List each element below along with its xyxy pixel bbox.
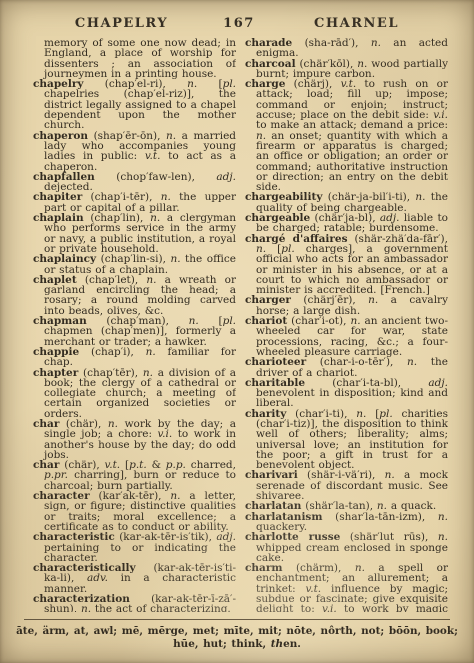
pronunciation-key-line-1: āte, ärm, at, awl; mē, mērge, met; mīte,… — [0, 625, 474, 638]
dictionary-entry: char (chär), n. work by the day; a singl… — [33, 419, 236, 460]
dictionary-entry: chapter (chap′tēr), n. a division of a b… — [33, 368, 236, 419]
dictionary-entry: charlotte russe (shär′lut rūs), n. whipp… — [245, 532, 448, 563]
definition-text: charring], burn or reduce to charcoal; b… — [44, 469, 236, 491]
grammar-label: adj. — [216, 171, 236, 183]
dictionary-entry: charger (chärj′ēr), n. a cavalry horse; … — [245, 295, 448, 316]
grammar-label: n. — [81, 603, 91, 612]
grammar-label: n. — [368, 294, 378, 306]
grammar-label: n. — [170, 253, 180, 265]
grammar-label: n. — [371, 38, 381, 49]
dictionary-entry: chapelry (chap′el-ri), n. [pl. chapelrie… — [33, 79, 236, 130]
text-column-left: memory of some one now dead; in England,… — [33, 38, 236, 612]
definition-text: charities (char′i-tiz)], the disposition… — [256, 408, 448, 471]
footer-rule — [24, 619, 450, 620]
grammar-label: n. — [438, 511, 448, 523]
dictionary-entry: characteristically (kar-ak-tēr-is′ti-ka-… — [33, 563, 236, 594]
dictionary-entry: charm (chärm), n. a spell or enchantment… — [245, 563, 448, 612]
dictionary-entry: charlatanism (shar′la-tān-izm), n. quack… — [245, 512, 448, 533]
key-line2-italic: th — [271, 638, 283, 650]
dictionary-entry: charcoal (chär′kōl), n. wood partially b… — [245, 59, 448, 80]
dictionary-entry: chapiter (chap′i-tēr), n. the upper part… — [33, 192, 236, 213]
grammar-label: v.i. — [322, 603, 337, 612]
definition-text: (shar′la-tān-izm), — [322, 511, 437, 523]
definition-text: chapelries (chap′el-riz)], the district … — [44, 88, 236, 131]
dictionary-entry: chargeability (chär-ja-bil′i-ti), n. the… — [245, 192, 448, 213]
dictionary-entry: charade (sha-rād′), n. an acted enigma. — [245, 38, 448, 59]
dictionary-entry: chargeable (chär′ja-bl), adj. liable to … — [245, 213, 448, 234]
definition-text: whipped cream enclosed in sponge cake. — [256, 542, 448, 564]
definition-text: memory of some one now dead; in England,… — [44, 38, 236, 80]
definition-text: chapmen (chap′men)], formerly a merchant… — [44, 325, 236, 347]
grammar-label: n. — [146, 346, 156, 358]
continuation-paragraph: memory of some one now dead; in England,… — [33, 38, 236, 79]
grammar-label: adv. — [87, 572, 108, 584]
header-right-title: CHARNEL — [269, 16, 444, 31]
text-column-right: charade (sha-rād′), n. an acted enigma.c… — [245, 38, 448, 612]
dictionary-entry: chapfallen (chop′faw-len), adj. dejected… — [33, 172, 236, 193]
dictionary-entry: chariot (char′i-ot), n. an ancient two-w… — [245, 316, 448, 357]
dictionary-entry: charioteer (char-i-o-tēr′), n. the drive… — [245, 357, 448, 378]
dictionary-entry: characterization (kar-ak-tēr-ī-zā′-shun)… — [33, 594, 236, 612]
pronunciation-key-line-2: hūe, hut; think, then. — [0, 638, 474, 651]
dictionary-entry: characteristic (kar-ak-tēr-is′tik), adj.… — [33, 532, 236, 563]
dictionary-entry: chaplet (chap′let), n. a wreath or garla… — [33, 275, 236, 316]
dictionary-entry: charitable (char′i-ta-bl), adj. benevole… — [245, 378, 448, 409]
dictionary-page: CHAPELRY 167 CHARNEL memory of some one … — [0, 0, 474, 663]
dictionary-entry: chaplain (chap′lin), n. a clergyman who … — [33, 213, 236, 254]
key-line2-text: hūe, hut; think, — [173, 638, 271, 650]
definition-text: pertaining to or indicating the characte… — [44, 542, 236, 564]
dictionary-entry: chapman (chap′man), n. [pl. chapmen (cha… — [33, 316, 236, 347]
dictionary-entry: charge (chärj), v.t. to rush on or attac… — [245, 79, 448, 192]
dictionary-entry: chargé d'affaires (shär-zhä′da-fār′), n.… — [245, 234, 448, 296]
definition-text: the act of characterizing. — [91, 603, 231, 612]
header-left-title: CHAPELRY — [34, 16, 209, 31]
dictionary-entry: character (kar′ak-tēr), n. a letter, sig… — [33, 491, 236, 532]
dictionary-entry: chaperon (shap′ēr-ōn), n. a married lady… — [33, 131, 236, 172]
page-number: 167 — [209, 16, 269, 31]
dictionary-entry: chaplaincy (chap′lin-si), n. the office … — [33, 254, 236, 275]
definition-text: (sha-rād′), — [292, 38, 371, 49]
definition-text: benevolent in disposition; kind and libe… — [256, 387, 448, 409]
key-line2-end: en. — [283, 638, 301, 650]
definition-text: (chap′i), — [79, 346, 145, 358]
grammar-label: n. — [415, 191, 425, 203]
page-header: CHAPELRY 167 CHARNEL — [0, 0, 474, 31]
page-body: memory of some one now dead; in England,… — [0, 31, 474, 612]
page-footer: āte, ärm, at, awl; mē, mērge, met; mīte,… — [0, 619, 474, 651]
grammar-label: n. — [407, 356, 417, 368]
definition-text: (chop′faw-len), — [95, 171, 217, 183]
dictionary-entry: charivari (shär-i-vä′ri), n. a mock sere… — [245, 470, 448, 501]
dictionary-entry: chappie (chap′i), n. familiar for chap. — [33, 347, 236, 368]
definition-text: an onset; quantity with which a firearm … — [256, 130, 448, 193]
dictionary-entry: charity (char′i-ti), n. [pl. charities (… — [245, 409, 448, 471]
dictionary-entry: char (chär), v.t. [p.t. & p.p. charred, … — [33, 460, 236, 491]
grammar-label: v.t. — [145, 150, 161, 162]
